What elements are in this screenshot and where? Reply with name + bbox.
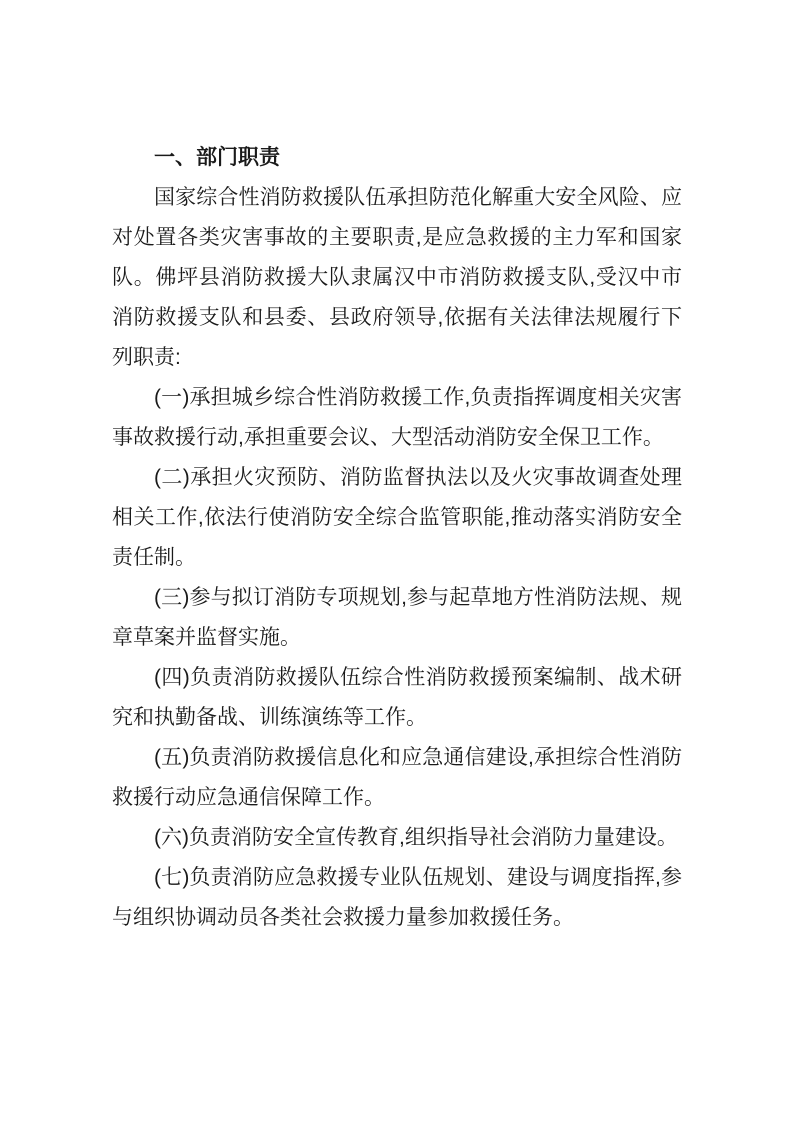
document-page: 一、部门职责 国家综合性消防救援队伍承担防范化解重大安全风险、应对处置各类灾害事… — [0, 0, 792, 1121]
paragraph-intro: 国家综合性消防救援队伍承担防范化解重大安全风险、应对处置各类灾害事故的主要职责,… — [112, 178, 682, 378]
paragraph-duty-2: (二)承担火灾预防、消防监督执法以及火灾事故调查处理相关工作,依法行使消防安全综… — [112, 458, 682, 578]
paragraph-duty-3: (三)参与拟订消防专项规划,参与起草地方性消防法规、规章草案并监督实施。 — [112, 578, 682, 658]
paragraph-duty-5: (五)负责消防救援信息化和应急通信建设,承担综合性消防救援行动应急通信保障工作。 — [112, 738, 682, 818]
paragraph-duty-7: (七)负责消防应急救援专业队伍规划、建设与调度指挥,参与组织协调动员各类社会救援… — [112, 858, 682, 938]
paragraph-duty-1: (一)承担城乡综合性消防救援工作,负责指挥调度相关灾害事故救援行动,承担重要会议… — [112, 378, 682, 458]
section-heading: 一、部门职责 — [112, 138, 682, 178]
paragraph-duty-6: (六)负责消防安全宣传教育,组织指导社会消防力量建设。 — [112, 818, 682, 858]
paragraph-duty-4: (四)负责消防救援队伍综合性消防救援预案编制、战术研究和执勤备战、训练演练等工作… — [112, 658, 682, 738]
